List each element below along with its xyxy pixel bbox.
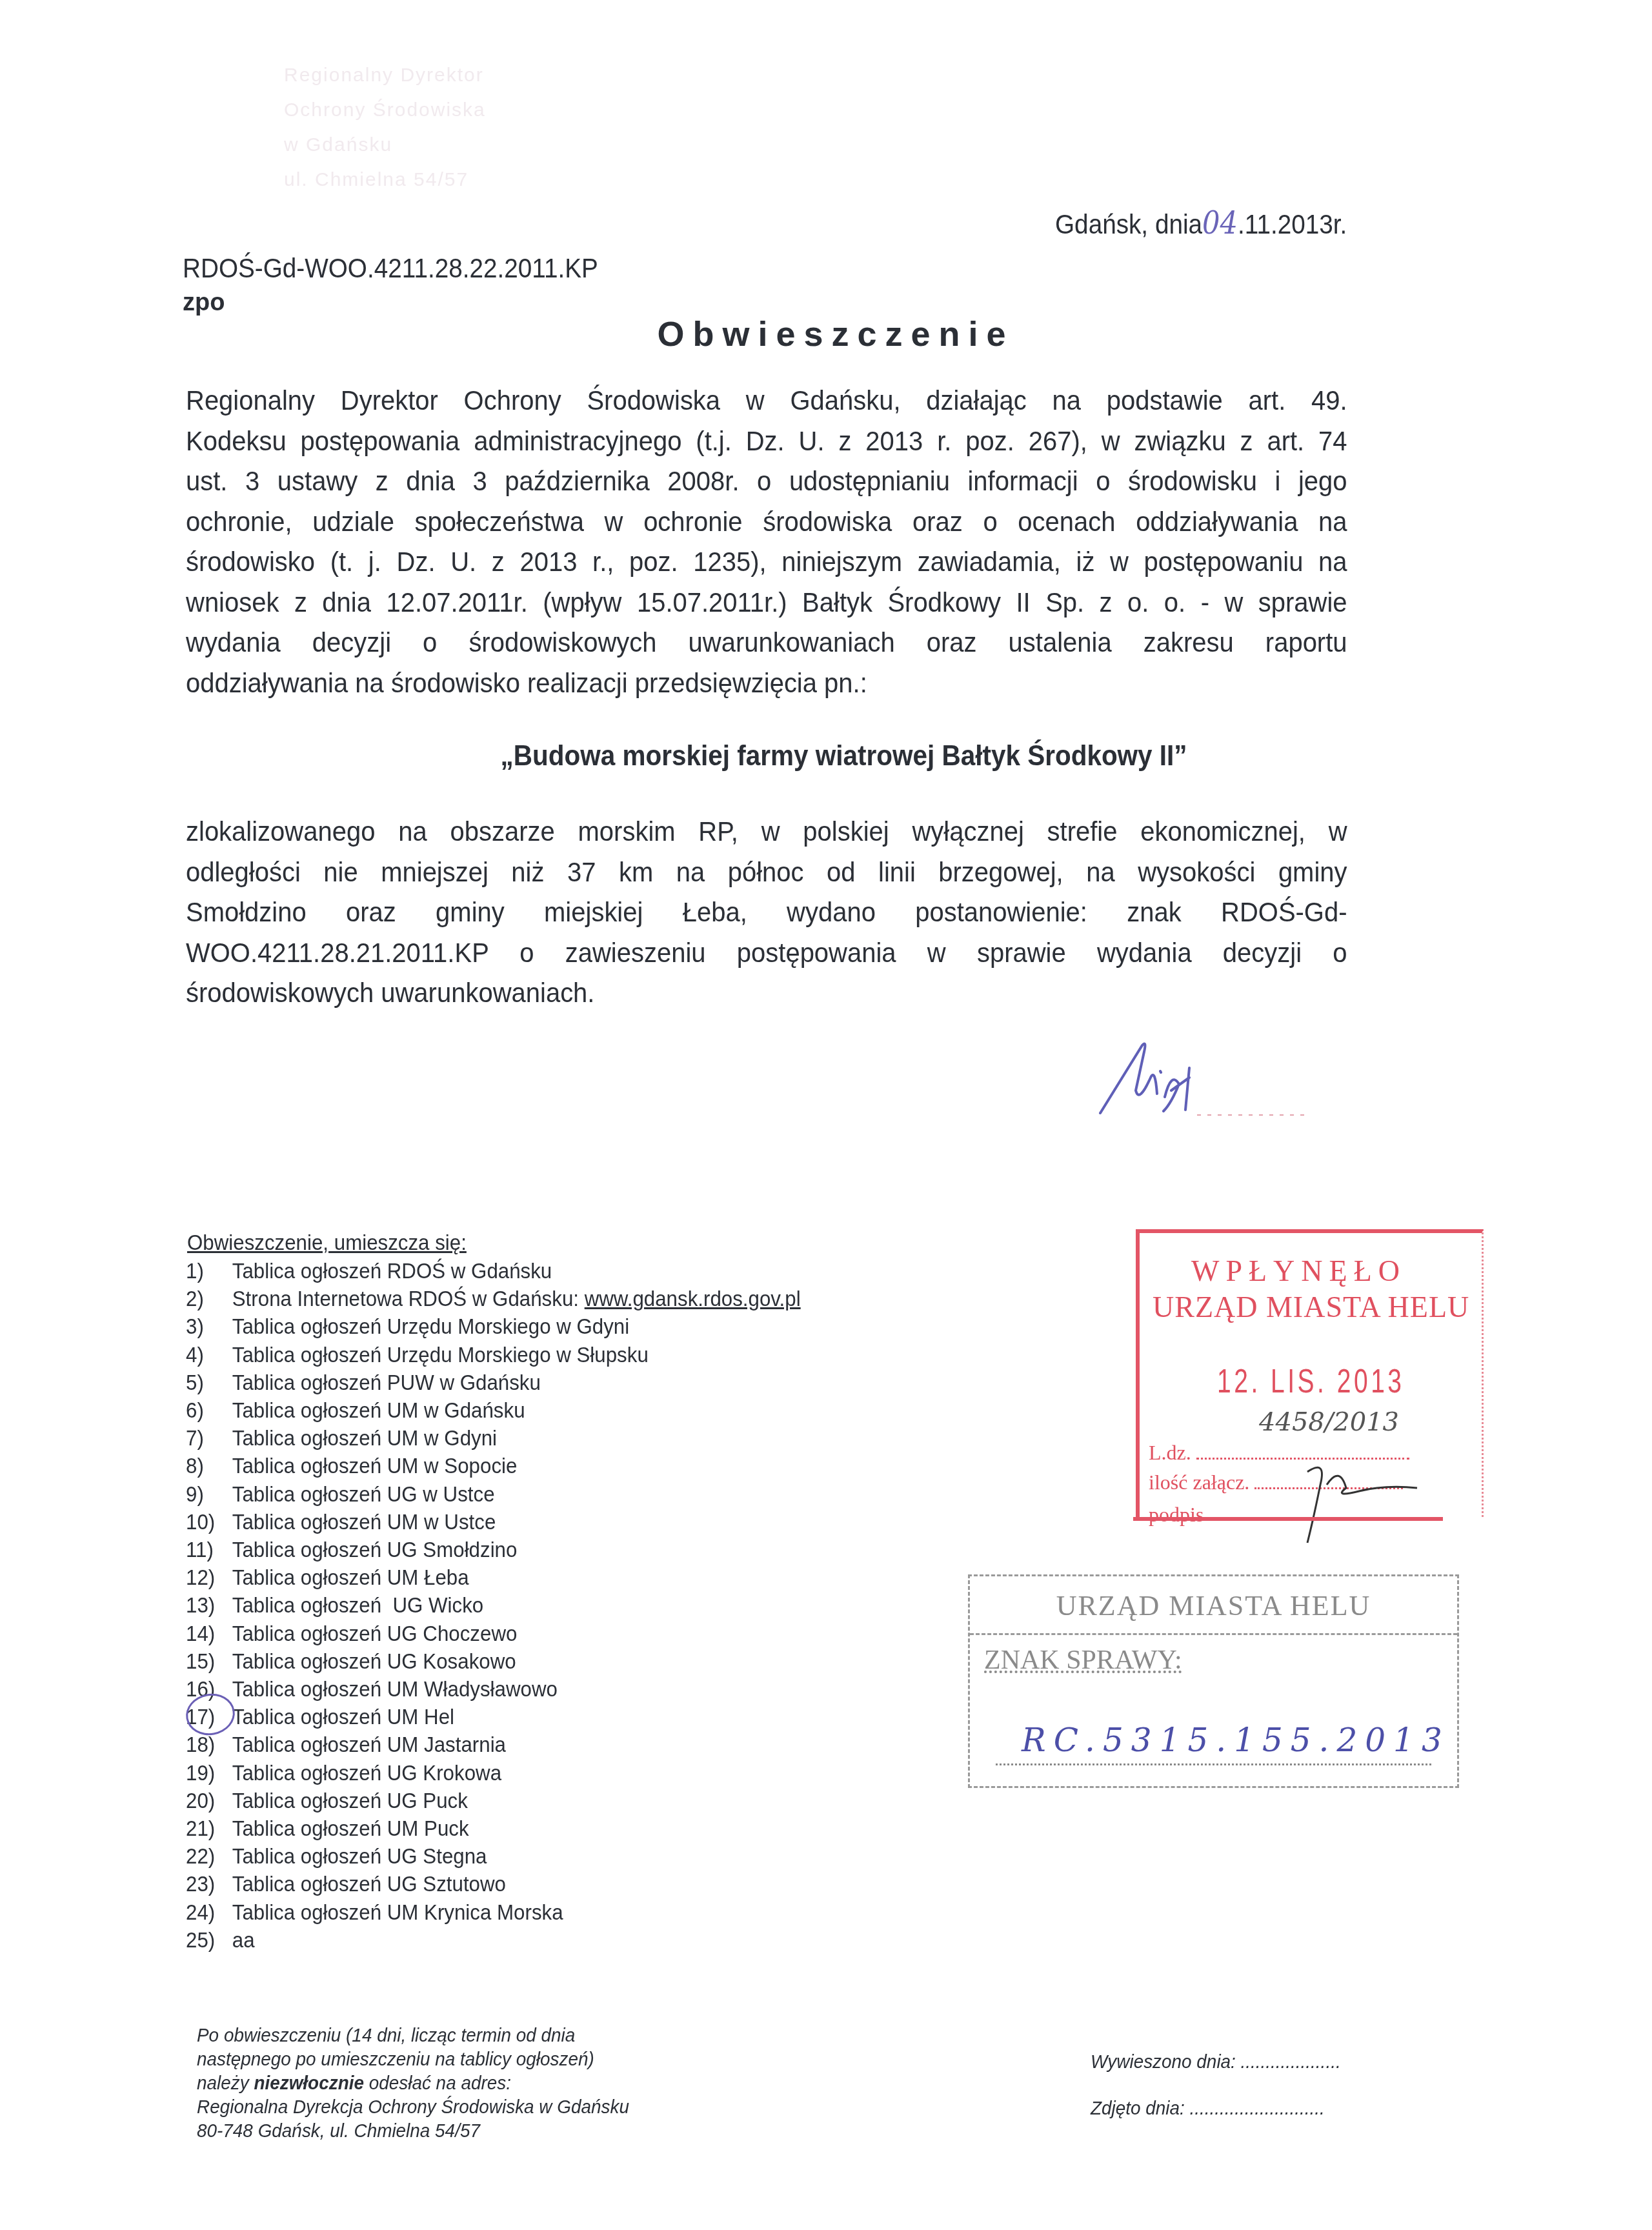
paragraph-line: środowisko (t. j. Dz. U. z 2013 r., poz.… (186, 542, 1347, 583)
stamp-office-name: URZĄD MIASTA HELU (1153, 1290, 1469, 1324)
list-item-text: aa (232, 1927, 255, 1954)
list-item-text: Tablica ogłoszeń UG Krokowa (232, 1760, 501, 1787)
list-item-number: 12) (186, 1564, 232, 1592)
list-item: 11)Tablica ogłoszeń UG Smołdzino (186, 1536, 801, 1564)
stamp-date: 12. LIS. 2013 (1217, 1362, 1405, 1401)
note-line: należy niezwłocznie odesłać na adres: (197, 2071, 629, 2095)
list-item: 3)Tablica ogłoszeń Urzędu Morskiego w Gd… (186, 1313, 801, 1341)
list-item-number: 5) (186, 1369, 232, 1397)
paragraph-line: Smołdzino oraz gminy miejskiej Łeba, wyd… (186, 892, 1347, 933)
note-line: Regionalna Dyrekcja Ochrony Środowiska w… (197, 2095, 629, 2119)
list-item-number: 9) (186, 1481, 232, 1509)
reference-number: RDOŚ-Gd-WOO.4211.28.22.2011.KP (183, 253, 598, 285)
list-item-text: Tablica ogłoszeń RDOŚ w Gdańsku (232, 1258, 552, 1285)
signature-icon (1074, 1032, 1345, 1123)
list-item: 14)Tablica ogłoszeń UG Choczewo (186, 1620, 801, 1648)
stamp-signature-row: podpis (1149, 1503, 1204, 1527)
list-item: 21)Tablica ogłoszeń UM Puck (186, 1815, 801, 1843)
received-stamp: WPŁYNĘŁO URZĄD MIASTA HELU 12. LIS. 2013… (1136, 1229, 1484, 1517)
list-item-text: Tablica ogłoszeń UM Łeba (232, 1564, 469, 1592)
list-item-number: 25) (186, 1927, 232, 1954)
project-name: „Budowa morskiej farmy wiatrowej Bałtyk … (66, 740, 1586, 772)
paragraph-line: wniosek z dnia 12.07.2011r. (wpływ 15.07… (186, 583, 1347, 623)
list-item: 12)Tablica ogłoszeń UM Łeba (186, 1564, 801, 1592)
list-item: 9)Tablica ogłoszeń UG w Ustce (186, 1481, 801, 1509)
document-title: Obwieszczenie (0, 314, 1652, 354)
list-item-number: 11) (186, 1536, 232, 1564)
case-number-stamp: URZĄD MIASTA HELU ZNAK SPRAWY: RC.5315.1… (968, 1574, 1459, 1788)
list-item-number: 6) (186, 1397, 232, 1425)
list-item-number: 8) (186, 1452, 232, 1480)
distribution-heading: Obwieszczenie, umieszcza się: (187, 1231, 467, 1256)
list-item-text: Tablica ogłoszeń UG Kosakowo (232, 1648, 516, 1676)
note-text: należy (197, 2073, 254, 2094)
paragraph-line: Regionalny Dyrektor Ochrony Środowiska w… (186, 381, 1347, 421)
stamp-received-label: WPŁYNĘŁO (1191, 1254, 1406, 1288)
list-item-text: Tablica ogłoszeń UG Sztutowo (232, 1871, 506, 1898)
list-item-number: 18) (186, 1731, 232, 1759)
list-item: 16)Tablica ogłoszeń UM Władysławowo (186, 1676, 801, 1703)
list-item-text: Tablica ogłoszeń UM w Sopocie (232, 1452, 518, 1480)
stamp-attachments-label: ilość załącz. (1149, 1471, 1249, 1494)
case-stamp-value: RC.5315.155.2013 (1022, 1722, 1450, 1759)
list-item-number: 2) (186, 1285, 232, 1313)
list-item-text: Tablica ogłoszeń UG Puck (232, 1787, 468, 1815)
list-item-text: Tablica ogłoszeń UM w Ustce (232, 1509, 496, 1536)
posted-date-field: Wywieszono dnia: .................... (1091, 2039, 1341, 2085)
list-item-number: 20) (186, 1787, 232, 1815)
list-item-text: Tablica ogłoszeń UM Jastarnia (232, 1731, 506, 1759)
list-item: 20)Tablica ogłoszeń UG Puck (186, 1787, 801, 1815)
list-item-number: 24) (186, 1899, 232, 1927)
posting-dates: Wywieszono dnia: .................... Zd… (1091, 2039, 1341, 2132)
list-item-text: Tablica ogłoszeń UM Krynica Morska (232, 1899, 563, 1927)
paragraph-line: wydania decyzji o środowiskowych uwarunk… (186, 623, 1347, 663)
list-item-text: Tablica ogłoszeń UM Puck (232, 1815, 469, 1843)
list-item-number: 10) (186, 1509, 232, 1536)
list-item-number: 22) (186, 1843, 232, 1871)
list-item-text: Strona Internetowa RDOŚ w Gdańsku: (232, 1285, 585, 1313)
list-item: 17)Tablica ogłoszeń UM Hel (186, 1703, 801, 1731)
paragraph-line: ochronie, udziale społeczeństwa w ochron… (186, 502, 1347, 543)
stamp-ldz-label: L.dz. (1149, 1441, 1191, 1464)
list-item-text: Tablica ogłoszeń UM Hel (232, 1703, 454, 1731)
list-item-number: 1) (186, 1258, 232, 1285)
paragraph-2: zlokalizowanego na obszarze morskim RP, … (186, 812, 1347, 1014)
list-item-text: Tablica ogłoszeń Urzędu Morskiego w Słup… (232, 1341, 649, 1369)
list-item: 6)Tablica ogłoszeń UM w Gdańsku (186, 1397, 801, 1425)
note-text: odesłać na adres: (364, 2073, 511, 2094)
letterhead-line: w Gdańsku (284, 128, 619, 163)
paragraph-line: WOO.4211.28.21.2011.KP o zawieszeniu pos… (186, 933, 1347, 974)
list-item-number: 7) (186, 1425, 232, 1452)
list-item-text: Tablica ogłoszeń Urzędu Morskiego w Gdyn… (232, 1313, 629, 1341)
list-item-text: Tablica ogłoszeń UG w Ustce (232, 1481, 495, 1509)
paragraph-line: środowiskowych uwarunkowaniach. (186, 973, 1347, 1014)
list-item-number: 3) (186, 1313, 232, 1341)
stamp-bottom-bar (1133, 1517, 1443, 1521)
list-item: 24)Tablica ogłoszeń UM Krynica Morska (186, 1899, 801, 1927)
stamp-ldz-value: 4458/2013 (1259, 1407, 1399, 1437)
list-item: 1)Tablica ogłoszeń RDOŚ w Gdańsku (186, 1258, 801, 1285)
place-date-prefix: Gdańsk, dnia (1055, 209, 1202, 240)
distribution-list: 1)Tablica ogłoszeń RDOŚ w Gdańsku2)Stron… (186, 1258, 801, 1954)
list-item-number: 19) (186, 1760, 232, 1787)
list-item: 19)Tablica ogłoszeń UG Krokowa (186, 1760, 801, 1787)
list-item-number: 13) (186, 1592, 232, 1620)
letterhead-line: Ochrony Środowiska (284, 93, 619, 128)
case-stamp-office: URZĄD MIASTA HELU (970, 1589, 1457, 1622)
list-item-text: Tablica ogłoszeń UM w Gdyni (232, 1425, 497, 1452)
paragraph-line: Kodeksu postępowania administracyjnego (… (186, 421, 1347, 462)
list-item: 22)Tablica ogłoszeń UG Stegna (186, 1843, 801, 1871)
letterhead-line: ul. Chmielna 54/57 (284, 163, 619, 197)
list-item: 25)aa (186, 1927, 801, 1954)
paragraph-line: ust. 3 ustawy z dnia 3 października 2008… (186, 461, 1347, 502)
list-item: 8)Tablica ogłoszeń UM w Sopocie (186, 1452, 801, 1480)
list-item-text: Tablica ogłoszeń UM Władysławowo (232, 1676, 558, 1703)
list-item: 4)Tablica ogłoszeń Urzędu Morskiego w Sł… (186, 1341, 801, 1369)
list-item: 15)Tablica ogłoszeń UG Kosakowo (186, 1648, 801, 1676)
return-instructions: Po obwieszczeniu (14 dni, licząc termin … (197, 2024, 629, 2143)
paragraph-line: zlokalizowanego na obszarze morskim RP, … (186, 812, 1347, 852)
list-item-number: 4) (186, 1341, 232, 1369)
list-item-number: 23) (186, 1871, 232, 1898)
list-item: 18)Tablica ogłoszeń UM Jastarnia (186, 1731, 801, 1759)
stamp-signature-label: podpis (1149, 1503, 1204, 1526)
removed-date-field: Zdjęto dnia: ........................... (1091, 2085, 1341, 2132)
paragraph-line: oddziaływania na środowisko realizacji p… (186, 663, 1347, 704)
note-emphasis: niezwłocznie (254, 2073, 364, 2094)
list-item-text: Tablica ogłoszeń UM w Gdańsku (232, 1397, 525, 1425)
website-link[interactable]: www.gdansk.rdos.gov.pl (585, 1285, 801, 1313)
list-item-text: Tablica ogłoszeń UG Choczewo (232, 1620, 518, 1648)
stamp-signature-icon (1288, 1459, 1430, 1549)
paragraph-line: odległości nie mniejszej niż 37 km na pó… (186, 852, 1347, 893)
sub-reference: zpo (183, 289, 225, 317)
case-stamp-label: ZNAK SPRAWY: (984, 1645, 1182, 1676)
list-item: 10)Tablica ogłoszeń UM w Ustce (186, 1509, 801, 1536)
dotted-line (996, 1763, 1431, 1765)
list-item-text: Tablica ogłoszeń UG Smołdzino (232, 1536, 518, 1564)
list-item: 2)Strona Internetowa RDOŚ w Gdańsku: www… (186, 1285, 801, 1313)
handwritten-day: 04 (1202, 205, 1238, 241)
note-line: 80-748 Gdańsk, ul. Chmielna 54/57 (197, 2119, 629, 2143)
case-stamp-divider (970, 1633, 1457, 1635)
list-item-text: Tablica ogłoszeń UG Stegna (232, 1843, 487, 1871)
list-item: 7)Tablica ogłoszeń UM w Gdyni (186, 1425, 801, 1452)
list-item-number: 21) (186, 1815, 232, 1843)
note-line: Po obwieszczeniu (14 dni, licząc termin … (197, 2024, 629, 2047)
faded-letterhead: Regionalny Dyrektor Ochrony Środowiska w… (284, 58, 619, 197)
list-item: 13)Tablica ogłoszeń UG Wicko (186, 1592, 801, 1620)
list-item-number: 14) (186, 1620, 232, 1648)
list-item-text: Tablica ogłoszeń PUW w Gdańsku (232, 1369, 541, 1397)
place-date-suffix: .11.2013r. (1238, 209, 1347, 240)
place-date: Gdańsk, dnia04.11.2013r. (1055, 205, 1347, 241)
paragraph-1: Regionalny Dyrektor Ochrony Środowiska w… (186, 381, 1347, 703)
list-item: 23)Tablica ogłoszeń UG Sztutowo (186, 1871, 801, 1898)
list-item: 5)Tablica ogłoszeń PUW w Gdańsku (186, 1369, 801, 1397)
list-item-text: Tablica ogłoszeń UG Wicko (232, 1592, 483, 1620)
note-line: następnego po umieszczeniu na tablicy og… (197, 2047, 629, 2071)
list-item-number: 15) (186, 1648, 232, 1676)
letterhead-line: Regionalny Dyrektor (284, 58, 619, 93)
